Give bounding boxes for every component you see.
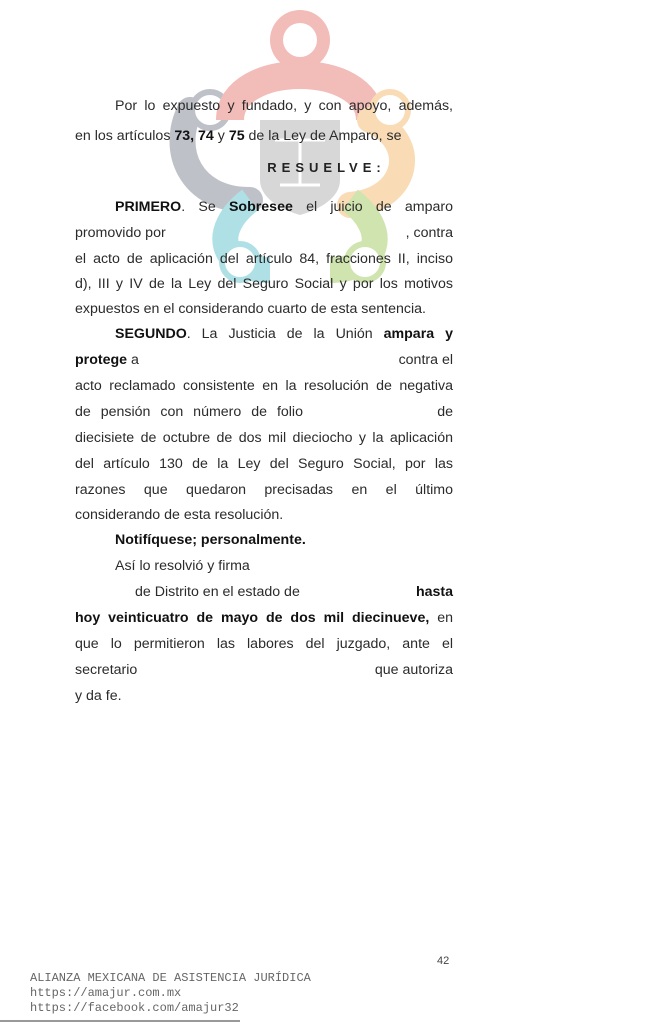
segundo-line-3: acto reclamado consistente en la resoluc…	[75, 376, 453, 396]
footer-org: ALIANZA MEXICANA DE ASISTENCIA JURÍDICA	[30, 971, 311, 986]
segundo-line-8: considerando de esta resolución.	[75, 505, 453, 525]
primero-line-1: PRIMERO. Se Sobresee el juicio de amparo	[75, 197, 453, 217]
segundo-line-6: del artículo 130 de la Ley del Seguro So…	[75, 454, 453, 474]
footer-facebook-link[interactable]: https://facebook.com/amajur32	[30, 1001, 311, 1016]
footer-rule	[0, 1020, 240, 1022]
cierre-line-3: hoy veinticuatro de mayo de dos mil diec…	[75, 608, 453, 628]
segundo-line-4: de pensión con número de foliode	[75, 402, 453, 422]
segundo-line-2: protege acontra el	[75, 350, 453, 370]
page-number: 42	[437, 955, 449, 967]
cierre-line-2: de Distrito en el estado dehasta	[75, 582, 453, 602]
primero-line-4: d), III y IV de la Ley del Seguro Social…	[75, 274, 453, 294]
document-page: Por lo expuesto y fundado, y con apoyo, …	[0, 0, 653, 1024]
primero-line-3: el acto de aplicación del artículo 84, f…	[75, 249, 453, 269]
segundo-line-7: razones que quedaron precisadas en el úl…	[75, 480, 453, 500]
segundo-line-1: SEGUNDO. La Justicia de la Unión ampara …	[75, 324, 453, 344]
cierre-line-4: que lo permitieron las labores del juzga…	[75, 634, 453, 654]
notificacion: Notifíquese; personalmente.	[115, 530, 493, 550]
primero-line-2: promovido por, contra	[75, 223, 453, 243]
primero-line-5: expuestos en el considerando cuarto de e…	[75, 299, 453, 319]
segundo-line-5: diecisiete de octubre de dos mil diecioc…	[75, 428, 453, 448]
intro-line-2: en los artículos 73, 74 y 75 de la Ley d…	[75, 126, 453, 146]
footer-site-link[interactable]: https://amajur.com.mx	[30, 986, 311, 1001]
intro-line-1: Por lo expuesto y fundado, y con apoyo, …	[75, 96, 453, 116]
resuelve-heading: RESUELVE:	[0, 160, 653, 175]
cierre-line-6: y da fe.	[75, 686, 453, 706]
cierre-line-5: secretarioque autoriza	[75, 660, 453, 680]
footer: ALIANZA MEXICANA DE ASISTENCIA JURÍDICAh…	[30, 971, 311, 1016]
cierre-line-1: Así lo resolvió y firma	[115, 556, 493, 576]
